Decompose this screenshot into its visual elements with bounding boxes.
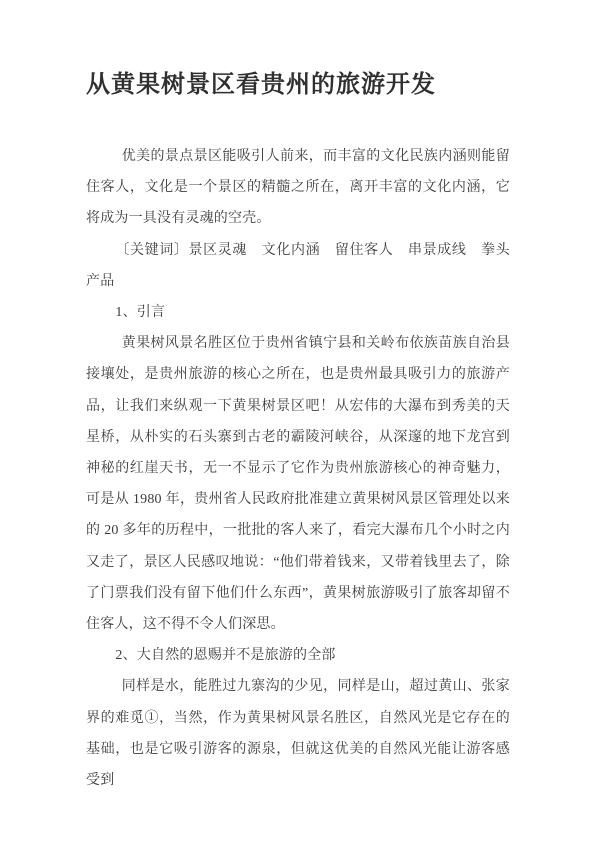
intro-paragraph: 优美的景点景区能吸引人前来，而丰富的文化民族内涵则能留住客人，文化是一个景区的精…	[86, 141, 510, 235]
section-heading-introduction: 1、引言	[86, 297, 510, 328]
section-2-paragraph: 同样是水，能胜过九寨沟的少见，同样是山，超过黄山、张家界的难觅①，当然，作为黄果…	[86, 671, 510, 796]
document-body: 优美的景点景区能吸引人前来，而丰富的文化民族内涵则能留住客人，文化是一个景区的精…	[86, 141, 510, 796]
keywords-line: 〔关键词〕景区灵魂 文化内涵 留住客人 串景成线 拳头产品	[86, 235, 510, 297]
section-heading-nature: 2、大自然的恩赐并不是旅游的全部	[86, 640, 510, 671]
document-title: 从黄果树景区看贵州的旅游开发	[86, 68, 510, 102]
section-1-paragraph: 黄果树风景名胜区位于贵州省镇宁县和关岭布依族苗族自治县接壤处，是贵州旅游的核心之…	[86, 328, 510, 640]
document-page: 从黄果树景区看贵州的旅游开发 优美的景点景区能吸引人前来，而丰富的文化民族内涵则…	[0, 0, 595, 842]
